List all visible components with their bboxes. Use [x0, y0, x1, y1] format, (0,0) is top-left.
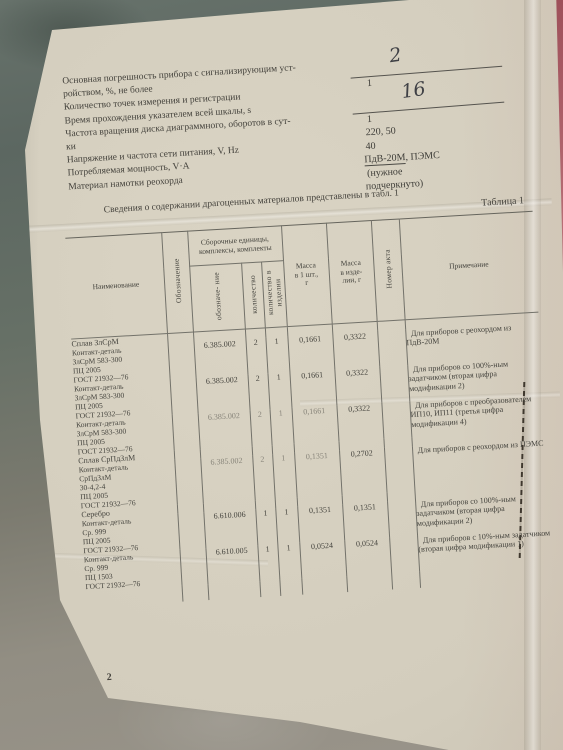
cell-mass-per-piece: 0,1661: [291, 405, 338, 444]
spec-value-power: 40: [365, 141, 376, 153]
cell-mass-per-piece: 0,1661: [287, 333, 334, 372]
col-header-mass-in-unit: Масса в изде- лии, г: [326, 221, 377, 324]
cell-quantity: 2: [247, 373, 269, 410]
handwritten-underline: [351, 66, 503, 79]
col-header-assembly-designation-text: обозначе- ние: [211, 272, 223, 321]
col-header-designation-text: Обозначение: [171, 258, 183, 303]
cell-name: Контакт-деталь СрПдЗлМ 30-4,2-4 ПЦ 2005 …: [78, 459, 176, 509]
col-header-note: Примечание: [399, 211, 539, 319]
materials-table: Наименование Обозначение Сборочные едини…: [65, 211, 554, 607]
material-option-rest: , ПЭМС: [405, 150, 440, 163]
spec-material-note-line: (нужное: [367, 166, 403, 179]
spec-value-supply: 220, 50: [365, 126, 396, 139]
cell-quantity: 2: [252, 454, 275, 500]
cell-mass-in-unit: 0,2702: [339, 447, 387, 495]
cell-act-number-empty: [381, 401, 411, 439]
cell-mass-per-piece: 0,1351: [294, 450, 342, 498]
cell-assembly-designation: 6.385.002: [198, 410, 252, 449]
handwritten-underline: [353, 102, 505, 115]
col-header-assembly-group: Сборочные единицы, комплексы, комплекты: [187, 226, 283, 266]
spec-section: Основная погрешность прибора с сигнализи…: [56, 49, 531, 208]
cell-designation-empty: [179, 548, 207, 585]
cell-act-number-empty: [389, 536, 419, 574]
cell-quantity: 2: [250, 409, 272, 446]
cell-name: Контакт-деталь ЗлСрМ 583-300 ПЦ 2005 ГОС…: [72, 343, 170, 384]
col-header-assembly-quantity-in-unit: количество в изделии: [261, 261, 287, 328]
page-number: 2: [106, 672, 112, 683]
cell-act-number-empty: [377, 329, 407, 367]
cell-note: Для приборов с реохордом из ПЭМС: [412, 438, 548, 491]
col-header-assembly-quantity-text: количество: [247, 274, 258, 313]
handwritten-scale-time-value: 16: [400, 78, 427, 103]
cell-mass-per-piece: 0,0524: [299, 540, 346, 579]
cell-assembly-designation: 6.610.006: [203, 509, 257, 548]
cell-act-number-empty: [384, 446, 415, 493]
cell-designation-empty: [168, 341, 196, 378]
cell-name: Контакт-деталь ЗлСрМ 583-300 ПЦ 2005 ГОС…: [74, 379, 172, 420]
col-header-act-number-text: Номер акта: [382, 249, 393, 289]
cell-assembly-designation: 6.385.002: [200, 455, 255, 503]
col-header-assembly-quantity-in-unit-text: количество в изделии: [263, 261, 285, 324]
col-header-mass-per-piece: Масса в 1 шт., г: [281, 223, 332, 326]
cell-designation-empty: [170, 377, 198, 414]
cell-designation-empty: [174, 458, 203, 504]
printed-content: Основная погрешность прибора с сигнализи…: [56, 49, 561, 725]
cell-quantity-in-unit: 1: [265, 336, 289, 373]
cell-mass-per-piece: 0,1661: [289, 369, 336, 408]
spec-value-material: ПдВ-20М, ПЭМС: [364, 150, 440, 165]
cell-name: Контакт-деталь ЗлСрМ 583-300 ПЦ 2005 ГОС…: [76, 414, 174, 455]
cell-designation-empty: [177, 512, 205, 549]
spec-value-points: 1: [367, 78, 373, 89]
cell-mass-in-unit: 0,3322: [336, 402, 383, 441]
cell-mass-in-unit: 0,1351: [342, 501, 389, 540]
cell-name: Контакт-деталь Ср. 999 ПЦ 2005 ГОСТ 2193…: [82, 513, 180, 554]
spec-labels: Основная погрешность прибора с сигнализи…: [62, 58, 370, 194]
col-header-assembly-designation: обозначе- ние: [189, 263, 245, 331]
underlined-material-option: ПдВ-20М: [364, 152, 406, 166]
cell-quantity-in-unit: 1: [267, 372, 291, 409]
cell-designation-empty: [172, 413, 200, 450]
cell-name: Контакт-деталь Ср. 999 ПЦ 1503 ГОСТ 2193…: [84, 549, 182, 590]
photo-frame: Основная погрешность прибора с сигнализи…: [0, 0, 563, 750]
cell-assembly-designation: 6.385.002: [193, 338, 247, 377]
col-header-name: Наименование: [65, 233, 167, 339]
cell-mass-in-unit: 0,0524: [344, 537, 391, 576]
cell-assembly-designation: 6.385.002: [196, 374, 250, 413]
cell-quantity-in-unit: 1: [272, 453, 297, 499]
cell-assembly-designation: 6.610.005: [205, 545, 259, 584]
cell-quantity: 2: [245, 337, 267, 374]
cell-mass-per-piece: 0,1351: [297, 504, 344, 543]
cell-mass-in-unit: 0,3322: [332, 331, 379, 370]
cell-act-number-empty: [387, 500, 417, 538]
cell-quantity-in-unit: 1: [277, 542, 301, 579]
cell-act-number-empty: [379, 365, 409, 403]
cell-quantity: 1: [255, 508, 277, 545]
cell-quantity: 1: [257, 544, 279, 581]
cell-quantity-in-unit: 1: [275, 506, 299, 543]
spec-value-rotation: 1: [367, 114, 373, 125]
cell-mass-in-unit: 0,3322: [334, 366, 381, 405]
cell-quantity-in-unit: 1: [270, 408, 294, 445]
